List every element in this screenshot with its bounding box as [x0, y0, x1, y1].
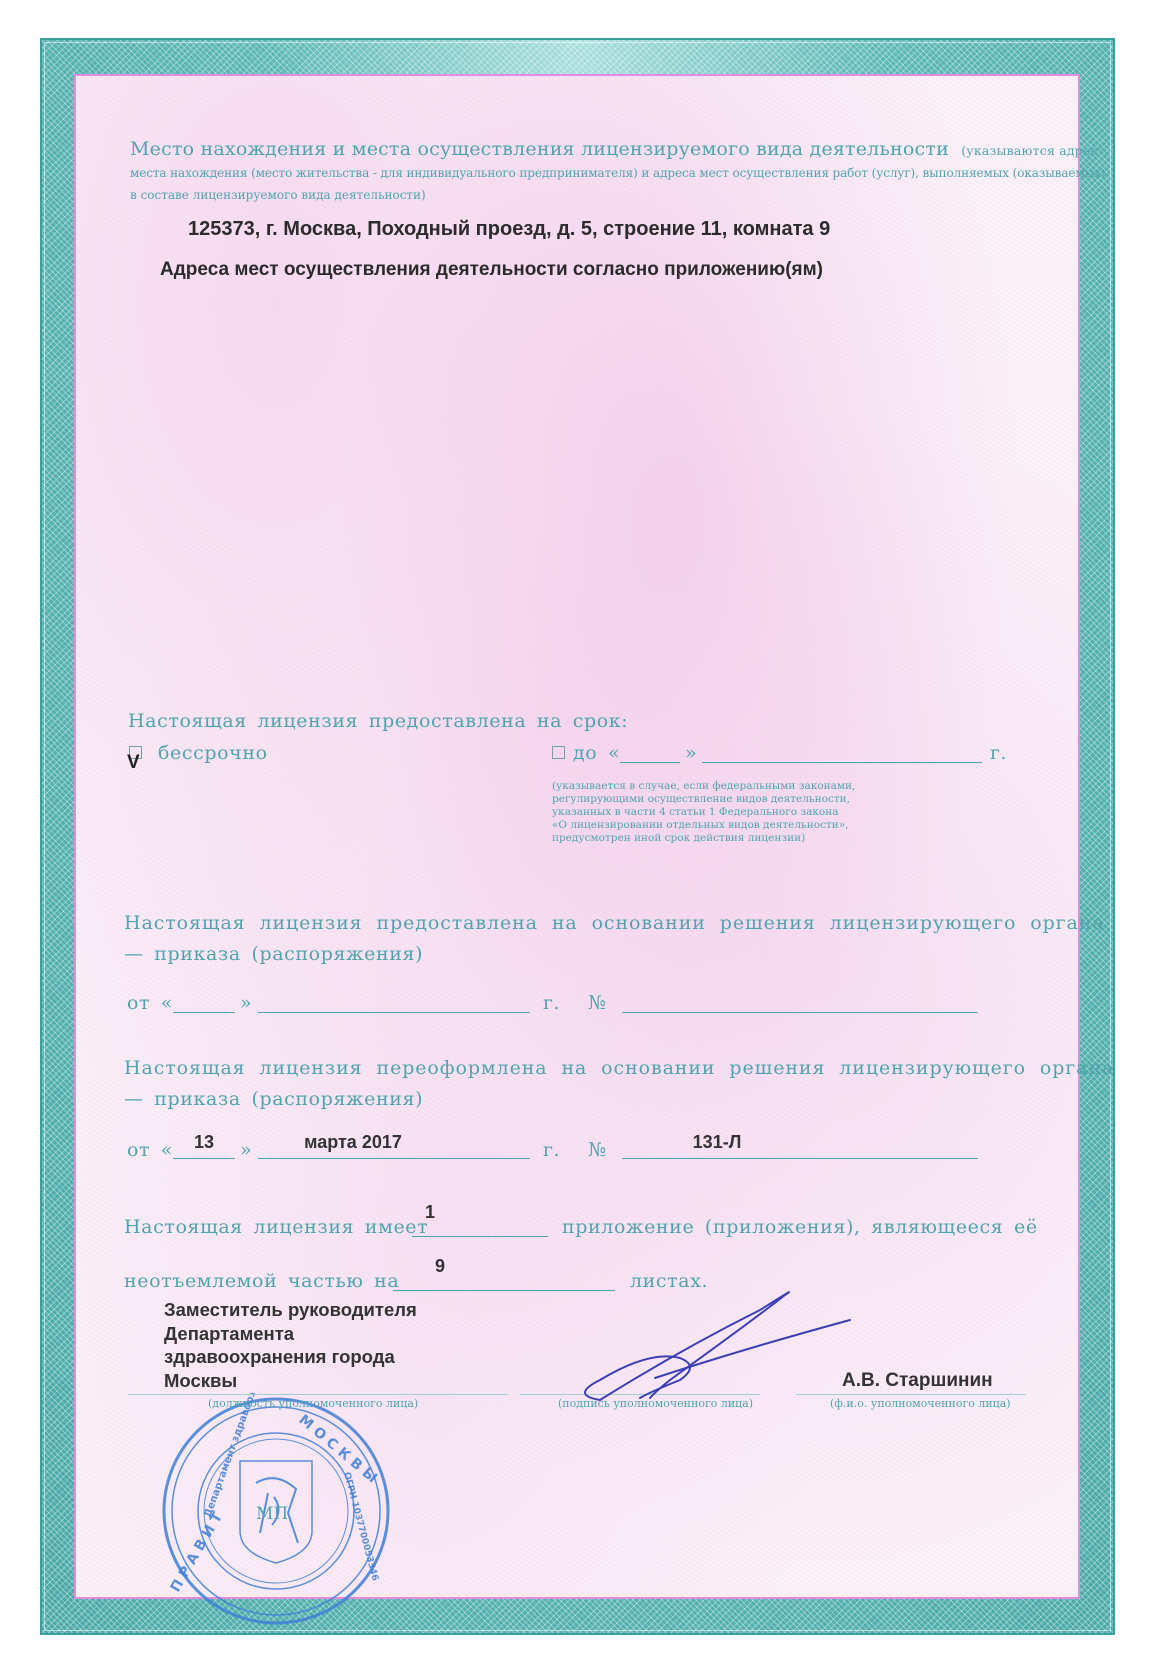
location-note-line2: места нахождения (место жительства - для…: [130, 166, 1105, 180]
reissue-line2: — приказа (распоряжения): [124, 1088, 423, 1110]
official-stamp-icon: П Р А В И Т М О С К В Ы Департамент здра…: [148, 1393, 403, 1628]
position-line: Заместитель руководителя: [164, 1298, 417, 1322]
grant-number-label: №: [588, 992, 607, 1014]
grant-line1: Настоящая лицензия предоставлена на осно…: [124, 912, 1105, 934]
grant-from-label: от «: [127, 992, 173, 1014]
position-line: Департамента: [164, 1322, 417, 1346]
term-footnote-line: предусмотрен иной срок действия лицензии…: [552, 832, 855, 845]
grant-number-field[interactable]: [622, 1012, 978, 1013]
places-note: Адреса мест осуществления деятельности с…: [160, 259, 823, 281]
signer-name: А.В. Старшинин: [842, 1370, 993, 1392]
term-footnote: (указывается в случае, если федеральными…: [552, 780, 855, 845]
grant-year-label: г.: [543, 992, 560, 1014]
reissue-quote-close: »: [240, 1139, 252, 1161]
reissue-from-label: от «: [127, 1139, 173, 1161]
sheet-count-value: 9: [410, 1256, 470, 1277]
until-checkbox[interactable]: [552, 746, 565, 759]
location-heading-note: (указываются адрес: [961, 143, 1098, 158]
reissue-number-label: №: [588, 1139, 607, 1161]
until-day-field[interactable]: [620, 762, 680, 763]
position-line: здравоохранения города: [164, 1345, 417, 1369]
appendix-line2-prefix: неотъемлемой частью на: [124, 1270, 399, 1292]
grant-day-field[interactable]: [173, 1012, 235, 1013]
svg-text:М О С К В Ы: М О С К В Ы: [295, 1412, 380, 1487]
reissue-year-label: г.: [543, 1139, 560, 1161]
indefinite-label: бессрочно: [158, 742, 268, 764]
svg-text:Департамент здравоохранения: Департамент здравоохранения: [202, 1393, 275, 1519]
reissue-month-year-field[interactable]: [258, 1158, 530, 1159]
appendix-count-value: 1: [400, 1202, 460, 1223]
svg-text:ОГРН 1037700053346: ОГРН 1037700053346: [341, 1471, 380, 1582]
reissue-line1: Настоящая лицензия переоформлена на осно…: [124, 1057, 1114, 1079]
reissue-month-year-value: марта 2017: [258, 1132, 448, 1153]
until-label-prefix: до «: [573, 742, 620, 764]
grant-month-year-field[interactable]: [258, 1012, 530, 1013]
term-footnote-line: «О лицензировании отдельных видов деятел…: [552, 819, 855, 832]
until-month-year-field[interactable]: [702, 762, 982, 763]
term-footnote-line: регулирующими осуществление видов деятел…: [552, 793, 855, 806]
position-caption: (должность уполномоченного лица): [208, 1397, 418, 1410]
location-heading: Место нахождения и места осуществления л…: [130, 138, 1098, 160]
position-title: Заместитель руководителя Департамента зд…: [164, 1298, 417, 1392]
reissue-day-value: 13: [173, 1132, 235, 1153]
appendix-line1-prefix: Настоящая лицензия имеет: [124, 1216, 428, 1238]
seal-label: МП: [256, 1504, 288, 1524]
location-note-line3: в составе лицензируемого вида деятельнос…: [130, 188, 426, 202]
position-line: Москвы: [164, 1369, 417, 1393]
appendix-count-field[interactable]: [412, 1236, 548, 1237]
term-label: Настоящая лицензия предоставлена на срок…: [128, 710, 628, 732]
position-line-field: [128, 1394, 508, 1395]
term-footnote-line: (указывается в случае, если федеральными…: [552, 780, 855, 793]
checkmark-icon: V: [127, 752, 140, 774]
location-heading-text: Место нахождения и места осуществления л…: [130, 138, 949, 160]
reissue-number-value: 131-Л: [622, 1132, 812, 1153]
handwritten-signature-icon: [560, 1270, 860, 1420]
grant-quote-close: »: [240, 992, 252, 1014]
grant-line2: — приказа (распоряжения): [124, 943, 423, 965]
appendix-line1-suffix: приложение (приложения), являющееся её: [562, 1216, 1038, 1238]
address: 125373, г. Москва, Походный проезд, д. 5…: [188, 218, 830, 241]
until-label-mid: »: [685, 742, 697, 764]
until-year-label: г.: [990, 742, 1007, 764]
term-footnote-line: указанных в части 4 статьи 1 Федеральног…: [552, 806, 855, 819]
reissue-day-field[interactable]: [173, 1158, 235, 1159]
reissue-number-field[interactable]: [622, 1158, 978, 1159]
